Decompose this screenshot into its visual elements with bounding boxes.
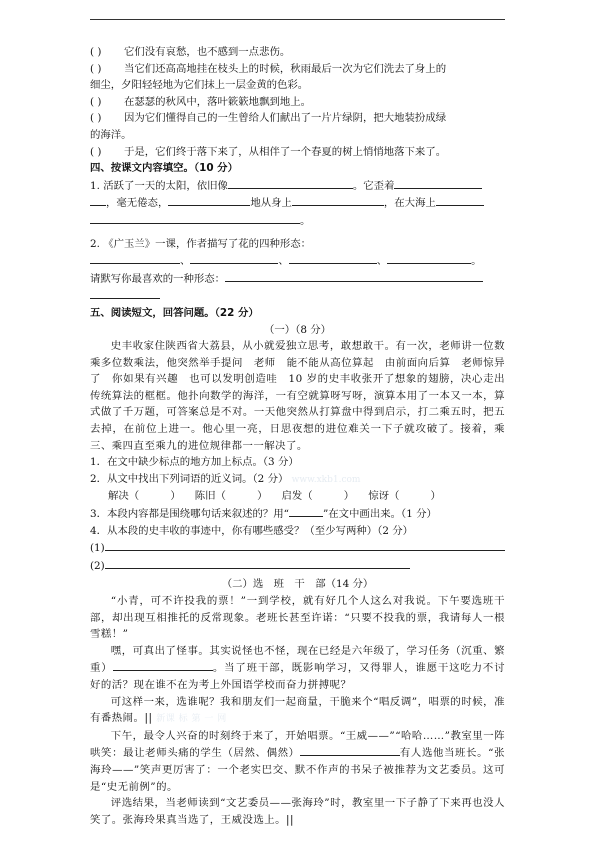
passage-2-p3: 可这样一来，选谁呢？我和朋友们一起商量，干脆来个“唱反调”，唱票的时候，准有番热… [90, 694, 505, 728]
blank[interactable] [90, 194, 106, 206]
blank[interactable] [168, 194, 250, 206]
blank[interactable] [190, 252, 278, 264]
fill-q2-fav: 请默写你最喜欢的一种形态： [90, 270, 505, 288]
blank[interactable] [289, 252, 377, 264]
order-item: ( )在瑟瑟的秋风中，落叶簌簌地飘到地上。 [90, 94, 505, 111]
passage-1: 史丰收家住陕西省大荔县，从小就爱独立思考，敢想敢干。有一次，老师讲一位数乘多位数… [90, 338, 505, 454]
answer-line-1: (1) [90, 539, 505, 557]
passage-2-p1: “小青，可不许投我的票！”一到学校，就有好几个人这么对我说。下午要选班干部，却出… [90, 593, 505, 643]
order-item: ( )因为它们懂得自己的一生曾给人们献出了一片片绿阴，把大地装扮成绿 [90, 110, 505, 127]
section-heading: 四、按课文内容填空。（10 分） [90, 160, 505, 177]
blank[interactable] [105, 539, 505, 551]
question-1: 1．在文中缺少标点的地方加上标点。（3 分） [90, 454, 505, 471]
synonym-item[interactable]: 惊讶（ ） [368, 488, 441, 505]
synonym-item[interactable]: 解决（ ） [108, 488, 181, 505]
fill-q1-end: 。 [90, 212, 505, 230]
order-item-cont: 细尘，夕阳轻轻地为它们抹上一层金黄的色彩。 [90, 77, 505, 94]
order-item: ( )当它们还高高地挂在枝头上的时候，秋雨最后一次为它们洗去了身上的 [90, 61, 505, 78]
blank[interactable] [292, 194, 384, 206]
order-item: ( )它们没有哀愁，也不感到一点悲伤。 [90, 44, 505, 61]
blank[interactable] [90, 252, 180, 264]
answer-paren[interactable]: ( ) [90, 61, 124, 78]
question-3: 3．本段内容都是围绕哪句话来叙述的？用“”在文中画出来。（1 分） [90, 505, 505, 523]
answer-paren[interactable]: ( ) [90, 94, 124, 111]
blank[interactable] [436, 194, 484, 206]
question-4: 4．从本段的史丰收的事迹中，你有哪些感受？（至少写两种）（2 分） [90, 523, 505, 540]
passage-2-p5: 评选结果，当老师读到“文艺委员——张海玲”时，教室里一下子静了下来再也没人笑了。… [90, 795, 505, 828]
fill-q2-fav-cont [90, 287, 505, 305]
answer-paren[interactable]: ( ) [90, 110, 124, 127]
blank[interactable] [105, 557, 410, 569]
blank[interactable] [90, 212, 300, 224]
watermark: www.xkb1.com [292, 475, 361, 485]
synonym-item[interactable]: 启发（ ） [281, 488, 354, 505]
part-title: （二）选 班 干 部（14 分） [90, 576, 505, 593]
part-title: （一）（8 分） [90, 322, 505, 339]
fill-q2-blanks: 、、、。 [90, 252, 505, 270]
synonym-item[interactable]: 陈旧（ ） [195, 488, 268, 505]
blank[interactable] [113, 659, 213, 671]
fill-q1: 1. 活跃了一天的太阳，依旧像。它歪着 [90, 177, 505, 195]
header-rule [90, 19, 505, 20]
fill-q2: 2. 《广玉兰》一课，作者描写了花的四种形态： [90, 236, 505, 253]
section-heading: 五、阅读短文，回答问题。（22 分） [90, 305, 505, 322]
answer-paren[interactable]: ( ) [90, 44, 124, 61]
order-item-cont: 的海洋。 [90, 127, 505, 144]
blank[interactable] [228, 177, 353, 189]
blank[interactable] [300, 744, 400, 756]
watermark: 新课 标 第 一 网 [156, 714, 226, 724]
answer-paren[interactable]: ( ) [90, 144, 124, 161]
answer-line-2: (2) [90, 557, 505, 575]
fill-q1-cont: ，毫无倦态，地从身上，在大海上 [90, 194, 505, 212]
passage-2-p4: 下午，最令人兴奋的时刻终于来了，开始唱票。“王威——”“哈哈……”教室里一阵哄笑… [90, 728, 505, 795]
question-2: 2．从文中找出下列词语的近义词。（2 分） www.xkb1.com [90, 471, 505, 489]
blank[interactable] [90, 287, 160, 299]
blank[interactable] [394, 177, 482, 189]
blank[interactable] [225, 270, 483, 282]
passage-2-p2: 嘿，可真出了怪事。其实说怪也不怪，现在已经是六年级了，学习任务（沉重、繁重）。当… [90, 643, 505, 694]
blank[interactable] [387, 252, 471, 264]
synonym-row: 解决（ ）陈旧（ ）启发（ ）惊讶（ ） [90, 488, 505, 505]
exam-page: ( )它们没有哀愁，也不感到一点悲伤。 ( )当它们还高高地挂在枝头上的时候，秋… [90, 44, 505, 828]
order-item: ( )于是，它们终于落下来了，从相伴了一个春夏的树上悄悄地落下来了。 [90, 144, 505, 161]
